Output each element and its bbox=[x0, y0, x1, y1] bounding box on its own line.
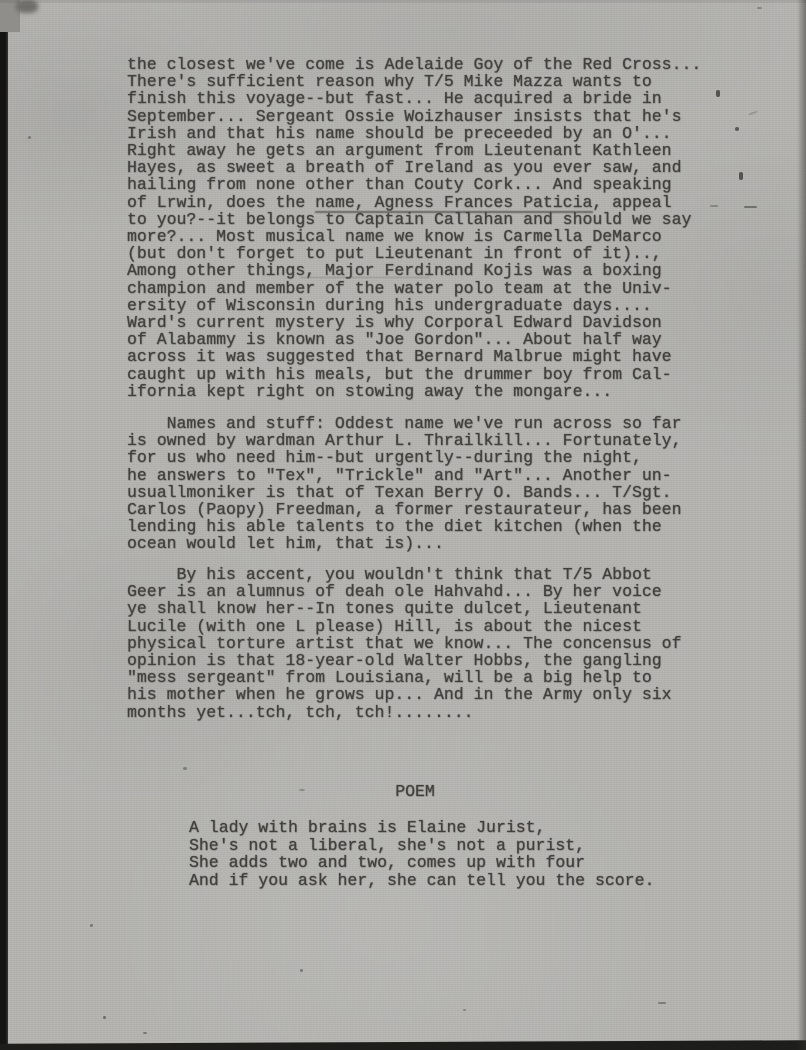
poem-heading: POEM bbox=[127, 783, 703, 800]
ink-speck bbox=[739, 172, 743, 180]
paragraph-accents: By his accent, you wouldn't think that T… bbox=[127, 566, 682, 721]
ink-speck bbox=[90, 924, 93, 927]
ink-speck bbox=[143, 1032, 147, 1034]
paragraph-names-roster: the closest we've come is Adelaide Goy o… bbox=[127, 56, 701, 400]
ink-speck bbox=[28, 136, 31, 139]
ink-speck bbox=[300, 969, 303, 972]
paragraph-names-and-stuff: Names and stuff: Oddest name we've run a… bbox=[127, 415, 682, 553]
faint-underline bbox=[300, 277, 430, 278]
scan-edge-left bbox=[0, 0, 8, 1050]
ink-speck bbox=[299, 789, 305, 791]
ink-speck bbox=[735, 127, 739, 131]
scan-edge-top-shade bbox=[0, 0, 806, 3]
ink-speck bbox=[748, 110, 758, 115]
ink-speck bbox=[463, 1009, 466, 1011]
typed-underline bbox=[315, 211, 593, 213]
ink-speck bbox=[658, 1002, 666, 1004]
ink-speck bbox=[716, 90, 720, 97]
scan-edge-right-shade bbox=[797, 0, 806, 1050]
poem-stanza: A lady with brains is Elaine Jurist, She… bbox=[189, 819, 654, 889]
ink-speck bbox=[103, 1016, 106, 1019]
scanned-document-page: the closest we've come is Adelaide Goy o… bbox=[0, 0, 806, 1050]
ink-speck bbox=[183, 767, 187, 770]
ink-speck bbox=[757, 7, 762, 9]
scan-edge-bottom bbox=[0, 1040, 806, 1050]
ink-speck bbox=[710, 205, 718, 207]
ink-speck bbox=[744, 206, 757, 208]
